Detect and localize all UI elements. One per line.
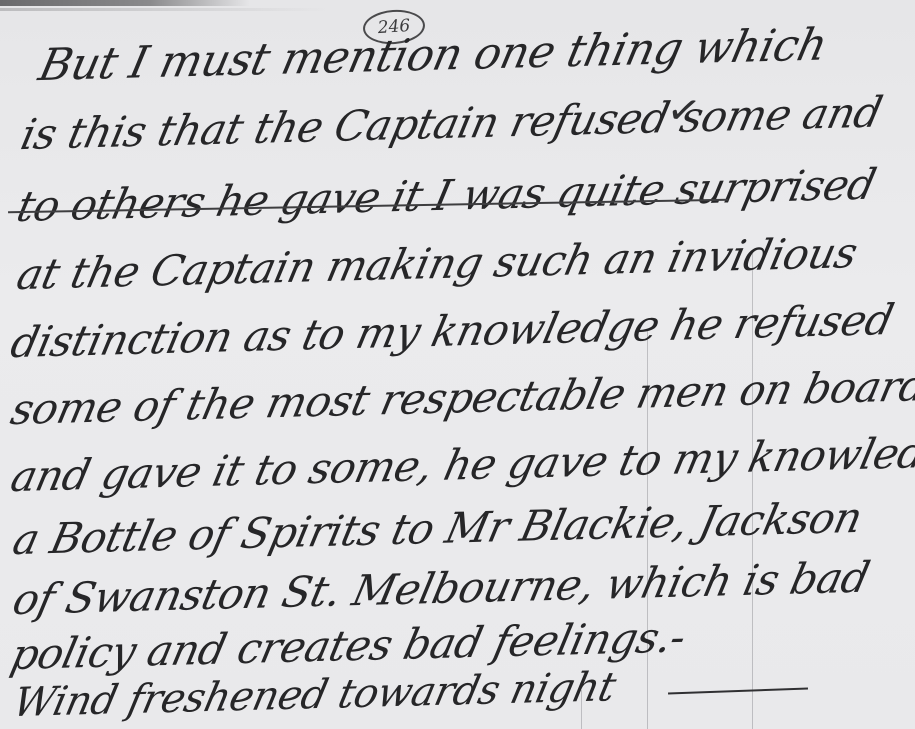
manuscript-line-5: distinction as to my knowledge he refuse… xyxy=(7,295,898,367)
end-of-entry-flourish xyxy=(668,688,808,695)
manuscript-line-8: a Bottle of Spirits to Mr Blackie, Jacks… xyxy=(9,493,867,564)
manuscript-line-2: is this that the Captain refused some an… xyxy=(17,87,887,159)
page-top-edge-faint xyxy=(0,8,330,11)
page-top-edge-shadow xyxy=(0,0,250,6)
manuscript-line-7: and gave it to some, he gave to my knowl… xyxy=(7,427,915,502)
manuscript-line-4: at the Captain making such an invidious xyxy=(13,228,862,299)
manuscript-page: 246 But I must mention one thing which ✓… xyxy=(0,0,915,729)
manuscript-line-9: of Swanston St. Melbourne, which is bad xyxy=(9,552,874,624)
manuscript-line-6: some of the most respectable men on boar… xyxy=(7,361,915,434)
manuscript-line-3: to others he gave it I was quite surpris… xyxy=(13,159,881,231)
manuscript-line-1: But I must mention one thing which xyxy=(34,19,831,91)
